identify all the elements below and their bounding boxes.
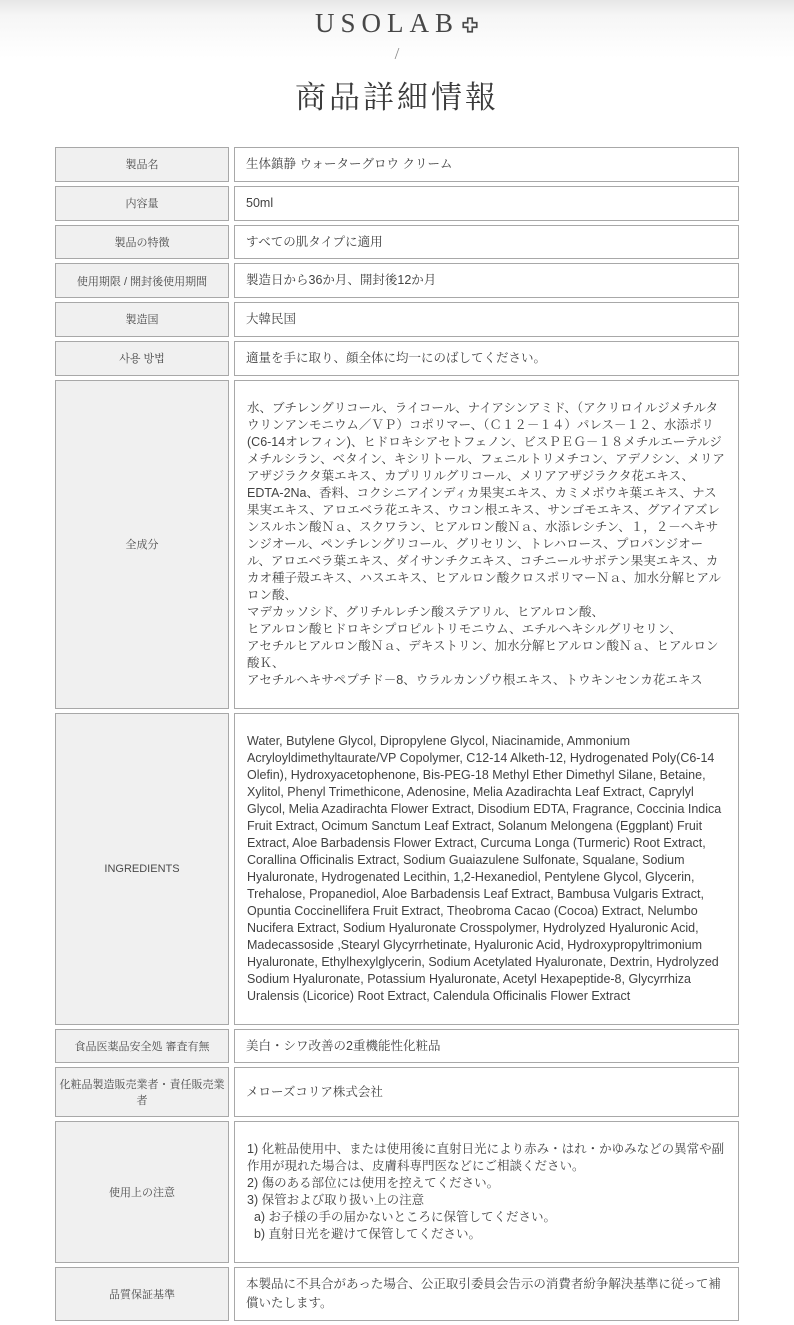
spec-label: 製品名 — [55, 147, 229, 182]
spec-value: 水、ブチレングリコール、ライコール、ナイアシンアミド、（アクリロイルジメチルタウ… — [234, 380, 739, 709]
product-detail-page: USOLAB / 商品詳細情報 製品名生体鎮静 ウォーターグロウ クリーム内容量… — [0, 0, 794, 1325]
spec-label: 製品の特徴 — [55, 225, 229, 260]
spec-label: 食品医薬品安全処 審査有無 — [55, 1029, 229, 1064]
spec-value: 美白・シワ改善の2重機能性化粧品 — [234, 1029, 739, 1064]
spec-value: すべての肌タイプに適用 — [234, 225, 739, 260]
slash-divider: / — [0, 45, 794, 62]
spec-row: 化粧品製造販売業者・責任販売業者メローズコリア株式会社 — [55, 1067, 739, 1117]
usolab-logo: USOLAB — [315, 8, 479, 41]
spec-table: 製品名生体鎮静 ウォーターグロウ クリーム内容量50ml製品の特徴すべての肌タイ… — [50, 143, 744, 1325]
spec-value: メローズコリア株式会社 — [234, 1067, 739, 1117]
spec-value: 適量を手に取り、顔全体に均一にのばしてください。 — [234, 341, 739, 376]
spec-value: 50ml — [234, 186, 739, 221]
spec-label: 사용 방법 — [55, 341, 229, 376]
spec-label: 製造国 — [55, 302, 229, 337]
spec-label: 化粧品製造販売業者・責任販売業者 — [55, 1067, 229, 1117]
spec-row: INGREDIENTSWater, Butylene Glycol, Dipro… — [55, 713, 739, 1025]
spec-row: 食品医薬品安全処 審査有無美白・シワ改善の2重機能性化粧品 — [55, 1029, 739, 1064]
spec-row: 品質保証基準本製品に不具合があった場合、公正取引委員会告示の消費者紛争解決基準に… — [55, 1267, 739, 1321]
spec-row: 全成分水、ブチレングリコール、ライコール、ナイアシンアミド、（アクリロイルジメチ… — [55, 380, 739, 709]
spec-row: 内容量50ml — [55, 186, 739, 221]
spec-value: 生体鎮静 ウォーターグロウ クリーム — [234, 147, 739, 182]
spec-value: 1) 化粧品使用中、または使用後に直射日光により赤み・はれ・かゆみなどの異常や副… — [234, 1121, 739, 1263]
spec-label: 使用期限 / 開封後使用期間 — [55, 263, 229, 298]
spec-table-body: 製品名生体鎮静 ウォーターグロウ クリーム内容量50ml製品の特徴すべての肌タイ… — [55, 147, 739, 1321]
medical-cross-icon — [461, 10, 479, 41]
spec-label: 内容量 — [55, 186, 229, 221]
spec-row: 사용 방법適量を手に取り、顔全体に均一にのばしてください。 — [55, 341, 739, 376]
spec-value: 大韓民国 — [234, 302, 739, 337]
spec-label: 使用上の注意 — [55, 1121, 229, 1263]
spec-value: 製造日から36か月、開封後12か月 — [234, 263, 739, 298]
spec-row: 製品の特徴すべての肌タイプに適用 — [55, 225, 739, 260]
page-header: USOLAB / 商品詳細情報 — [0, 6, 794, 117]
spec-value: Water, Butylene Glycol, Dipropylene Glyc… — [234, 713, 739, 1025]
spec-row: 製造国大韓民国 — [55, 302, 739, 337]
spec-row: 使用上の注意1) 化粧品使用中、または使用後に直射日光により赤み・はれ・かゆみな… — [55, 1121, 739, 1263]
spec-value: 本製品に不具合があった場合、公正取引委員会告示の消費者紛争解決基準に従って補償い… — [234, 1267, 739, 1321]
spec-label: 全成分 — [55, 380, 229, 709]
page-title: 商品詳細情報 — [0, 72, 794, 117]
spec-label: 品質保証基準 — [55, 1267, 229, 1321]
spec-row: 製品名生体鎮静 ウォーターグロウ クリーム — [55, 147, 739, 182]
spec-row: 使用期限 / 開封後使用期間製造日から36か月、開封後12か月 — [55, 263, 739, 298]
spec-label: INGREDIENTS — [55, 713, 229, 1025]
logo-text: USOLAB — [315, 8, 459, 39]
